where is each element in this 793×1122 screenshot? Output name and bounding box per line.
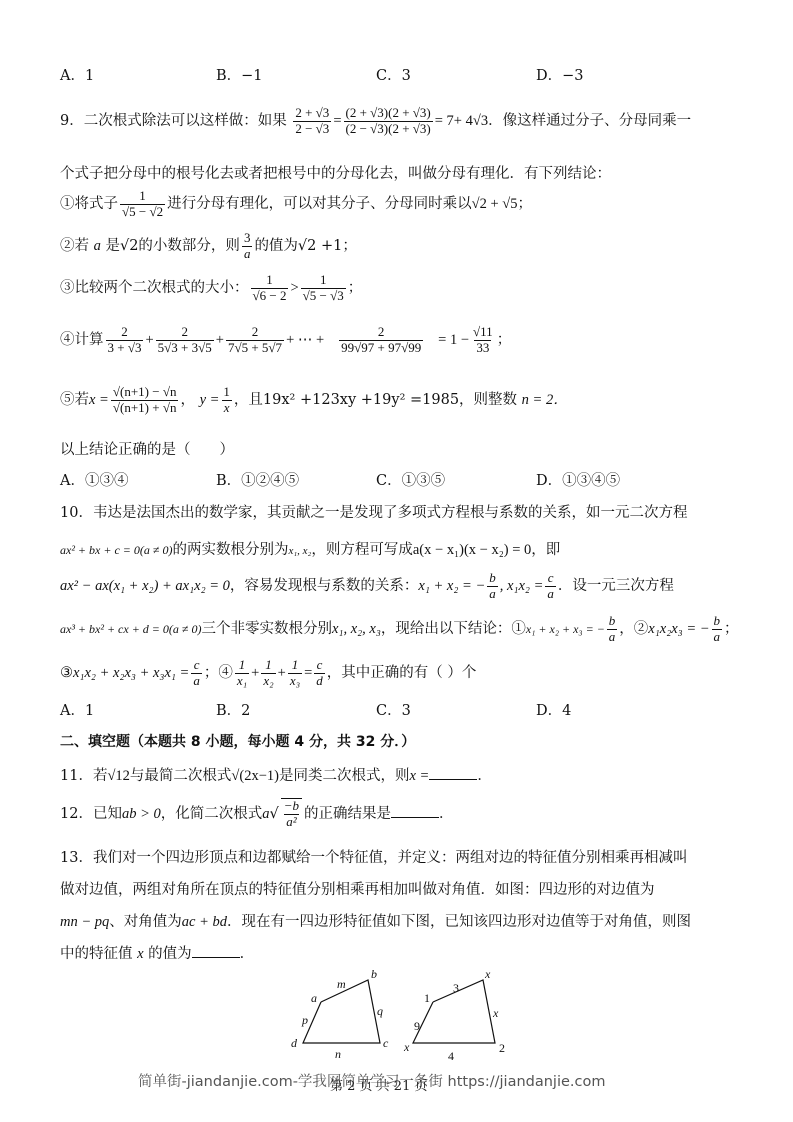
svg-text:4: 4 [448, 1049, 454, 1062]
svg-text:9: 9 [414, 1019, 420, 1033]
q9-example-mid: (2 + √3)(2 + √3)(2 − √3)(2 + √3) [344, 106, 433, 137]
svg-text:x: x [484, 967, 491, 981]
q9-option-c: C．①③⑤ [376, 469, 536, 490]
q9-statement-4: ④计算23 + √3+25√3 + 3√5+27√5 + 5√7+ ⋯ +299… [60, 322, 511, 358]
svg-text:m: m [337, 977, 346, 991]
q9-intro-line: 9．二次根式除法可以这样做：如果 2 + √32 − √3=(2 + √3)(2… [60, 100, 691, 142]
q9-statement-1: ①将式子1√5 − √2进行分母有理化，可以对其分子、分母同时乘以√2 + √5… [60, 186, 532, 222]
q11: 11．若√12与最简二次根式√(2x−1)是同类二次根式，则x =． [60, 764, 492, 785]
svg-text:x: x [492, 1006, 499, 1020]
q10-line-5: ③x₁x₂ + x₂x₃ + x₃x₁ =ca；④1x₁+1x₂+1x₃=cd，… [60, 655, 476, 691]
q8-options: A．1 B．−1 C．3 D．−3 [60, 64, 584, 85]
q8-option-a: A．1 [60, 64, 216, 85]
q10-line-4: ax³ + bx² + cx + d = 0(a ≠ 0)三个非零实数根分别x₁… [60, 611, 739, 647]
page-number: 第 2 页 共 21 页 [330, 1075, 427, 1094]
q9-question: 以上结论正确的是（ ） [60, 438, 234, 459]
svg-text:c: c [383, 1036, 389, 1050]
svg-text:3: 3 [453, 981, 459, 995]
q8-option-b: B．−1 [216, 64, 376, 85]
q9-options: A．①③④ B．①②④⑤ C．①③⑤ D．①③④⑤ [60, 469, 620, 490]
q9-intro-a: 二次根式除法可以这样做：如果 [84, 113, 287, 129]
q9-example-result: = 7+ 4√3 [435, 113, 488, 129]
quadrilateral-abcd: a b c d m q n p [291, 967, 389, 1061]
section-2-title: 二、填空题（本题共 8 小题，每小题 4 分，共 32 分．） [60, 731, 415, 751]
svg-text:n: n [335, 1047, 341, 1061]
q10-line-2: ax² + bx + c = 0(a ≠ 0)的两实数根分别为x₁, x₂，则方… [60, 538, 560, 559]
q9-example-lhs: 2 + √32 − √3 [293, 106, 331, 137]
q9-option-a: A．①③④ [60, 469, 216, 490]
q10-option-c: C．3 [376, 699, 536, 720]
quadrilateral-figures: a b c d m q n p 1 x 2 x 3 x 4 9 [280, 962, 520, 1062]
q9-intro-b: ．像这样通过分子、分母同乘一 [488, 113, 691, 129]
svg-text:x: x [403, 1040, 410, 1054]
q10-option-b: B．2 [216, 699, 376, 720]
answer-blank [192, 943, 240, 958]
svg-text:1: 1 [424, 991, 430, 1005]
svg-text:p: p [301, 1013, 308, 1027]
q9-option-b: B．①②④⑤ [216, 469, 376, 490]
q12: 12．已知ab > 0，化简二次根式a√−ba²的正确结果是． [60, 796, 454, 832]
q10-line-3: ax² − ax(x₁ + x₂) + ax₁x₂ = 0，容易发现根与系数的关… [60, 568, 674, 604]
q9-statement-5: ⑤若x =√(n+1) − √n√(n+1) + √n， y =1x，且19x²… [60, 382, 568, 418]
svg-text:a: a [311, 991, 317, 1005]
q10-line-1: 10．韦达是法国杰出的数学家，其贡献之一是发现了多项式方程根与系数的关系，如一元… [60, 501, 687, 522]
q9-number: 9． [60, 113, 84, 129]
svg-text:q: q [377, 1004, 383, 1018]
q13-line-4: 中的特征值 x 的值为． [60, 942, 254, 963]
answer-blank [429, 765, 477, 780]
svg-text:d: d [291, 1036, 298, 1050]
q13-line-1: 13．我们对一个四边形顶点和边都赋给一个特征值，并定义：两组对边的特征值分别相乘… [60, 846, 687, 867]
quadrilateral-given: 1 x 2 x 3 x 4 9 [403, 967, 505, 1062]
q10-options: A．1 B．2 C．3 D．4 [60, 699, 571, 720]
q9-option-d: D．①③④⑤ [536, 469, 620, 490]
q9-statement-2: ②若 a 是√2的小数部分，则3a的值为√2 +1； [60, 228, 357, 264]
answer-blank [391, 803, 439, 818]
svg-text:2: 2 [499, 1041, 505, 1055]
q10-option-d: D．4 [536, 699, 571, 720]
q13-line-2: 做对边值，两组对角所在顶点的特征值分别相乘再相加叫做对角值．如图：四边形的对边值… [60, 878, 655, 899]
q8-option-c: C．3 [376, 64, 536, 85]
q8-option-d: D．−3 [536, 64, 584, 85]
q13-line-3: mn − pq、对角值为ac + bd．现在有一四边形特征值如下图，已知该四边形… [60, 910, 691, 931]
svg-text:b: b [371, 967, 377, 981]
q9-statement-3: ③比较两个二次根式的大小：1√6 − 2>1√5 − √3； [60, 270, 362, 306]
q10-option-a: A．1 [60, 699, 216, 720]
q9-intro-c: 个式子把分母中的根号化去或者把根号中的分母化去，叫做分母有理化．有下列结论： [60, 162, 611, 183]
